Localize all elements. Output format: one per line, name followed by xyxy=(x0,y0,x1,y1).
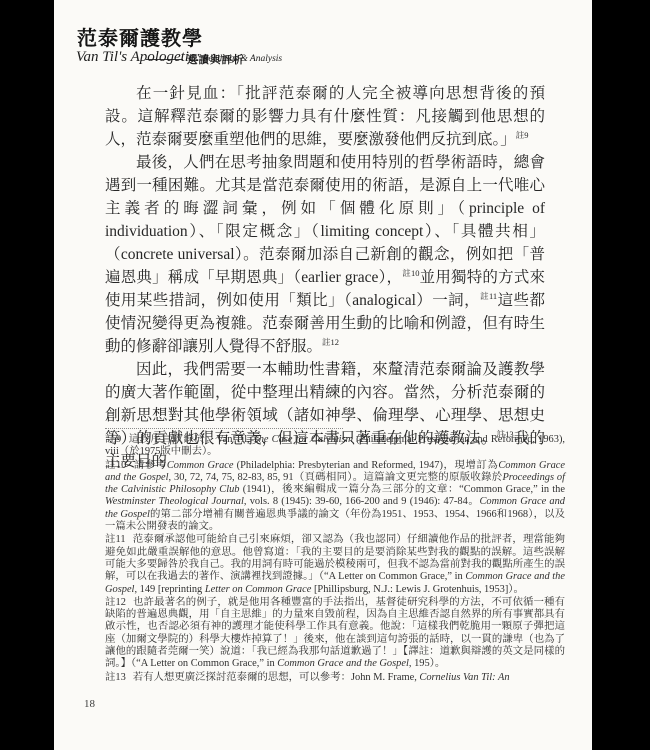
paragraph-2: 最後，人們在思考抽象問題和使用特別的哲學術語時，總會遇到一種困難。尤其是當范泰爾… xyxy=(105,151,545,358)
page-header: 范泰爾護教學 選讀與評析 Van Til's Apologetic:Readin… xyxy=(77,22,377,74)
book-title-english-sub: Readings & Analysis xyxy=(203,54,283,64)
footnote-13: 註13若有人想更廣泛探討范泰爾的思想，可以參考：John M. Frame, C… xyxy=(105,672,565,684)
footnote-text: (1941)，後來編輯成一篇分為三部分的文章：“Common Grace,” i… xyxy=(239,484,565,495)
footnote-text-italic: Common Grace xyxy=(167,460,234,471)
footnote-text: 這段序言收錄於：Van Til, xyxy=(128,434,253,445)
footnote-text: (Philadelphia: Presbyterian and Reformed… xyxy=(234,460,499,471)
footnote-text: [Phillipsburg, N.J.: Lewis J. Grotenhuis… xyxy=(311,584,524,595)
scan-margin-left xyxy=(0,0,54,750)
page-number: 18 xyxy=(84,698,95,710)
paragraph-1: 在一針見血：「批評范泰爾的人完全被導向思想背後的預設。這解釋范泰爾的影響力具有什… xyxy=(105,82,545,151)
footnote-text: , 149 [reprinting xyxy=(134,584,204,595)
footnote-ref-9: 註9 xyxy=(516,130,529,140)
book-title-chinese: 范泰爾護教學 xyxy=(77,22,377,51)
footnote-label: 註13 xyxy=(105,672,126,683)
paragraph-text: 在一針見血：「批評范泰爾的人完全被導向思想背後的預設。這解釋范泰爾的影響力具有什… xyxy=(105,85,545,148)
footnote-text-italic: Letter on Common Grace xyxy=(205,584,312,595)
footnote-11: 註11范泰爾承認他可能給自己引來麻煩，卻又認為（我也認同）仔細讀他作品的批評者，… xyxy=(105,534,565,595)
book-page: 范泰爾護教學 選讀與評析 Van Til's Apologetic:Readin… xyxy=(54,0,592,750)
footnote-text-italic: The Case for Calvinism xyxy=(253,434,353,445)
book-title-english-main: Van Til's Apologetic: xyxy=(76,49,201,65)
footnote-separator xyxy=(105,428,343,429)
paragraph-text: 最後，人們在思考抽象問題和使用特別的哲學術語時，總會遇到一種困難。尤其是當范泰爾… xyxy=(105,154,545,286)
main-text-column: 在一針見血：「批評范泰爾的人完全被導向思想背後的預設。這解釋范泰爾的影響力具有什… xyxy=(105,82,545,473)
footnote-9: 註9這段序言收錄於：Van Til, The Case for Calvinis… xyxy=(105,434,565,459)
footnote-ref-11: 註11 xyxy=(480,291,497,301)
footnote-text: 的第二部分增補有關普遍恩典爭議的論文（年份為1951、1953、1954、196… xyxy=(105,509,565,532)
footnote-text: , vols. 8 (1945): 39-60, 166-200 and 9 (… xyxy=(244,496,480,507)
scan-margin-right xyxy=(592,0,650,750)
footnote-label: 註9 xyxy=(105,434,121,445)
footnote-12: 註12也許最著名的例子，就是他用各種豐富的手法指出，基督徒研究科學的方法，不可依… xyxy=(105,597,565,671)
footnote-10: 註10請參考Common Grace (Philadelphia: Presby… xyxy=(105,460,565,534)
footnote-label: 註10 xyxy=(105,460,126,471)
footnote-text: 請參考 xyxy=(133,460,166,471)
footnote-text-italic: Cornelius Van Til: An xyxy=(419,672,509,683)
footnote-ref-10: 註10 xyxy=(402,268,419,278)
footnote-text: , 195）。 xyxy=(409,658,445,669)
book-title-english: Van Til's Apologetic:Readings & Analysis xyxy=(76,48,282,66)
footnotes-section: 註9這段序言收錄於：Van Til, The Case for Calvinis… xyxy=(105,434,565,685)
footnote-text: 若有人想更廣泛探討范泰爾的思想，可以參考：John M. Frame, xyxy=(133,672,420,683)
screenshot-root: 范泰爾護教學 選讀與評析 Van Til's Apologetic:Readin… xyxy=(0,0,650,750)
footnote-label: 註11 xyxy=(105,534,126,545)
footnote-text-italic: Common Grace and the Gospel xyxy=(277,658,409,669)
footnote-label: 註12 xyxy=(105,597,126,608)
footnote-ref-12: 註12 xyxy=(322,337,339,347)
footnote-text: , 30, 72, 74, 75, 82-83, 85, 91（頁碼相同）。這篇… xyxy=(169,472,503,483)
footnote-text-italic: Westminster Theological Journal xyxy=(105,496,244,507)
